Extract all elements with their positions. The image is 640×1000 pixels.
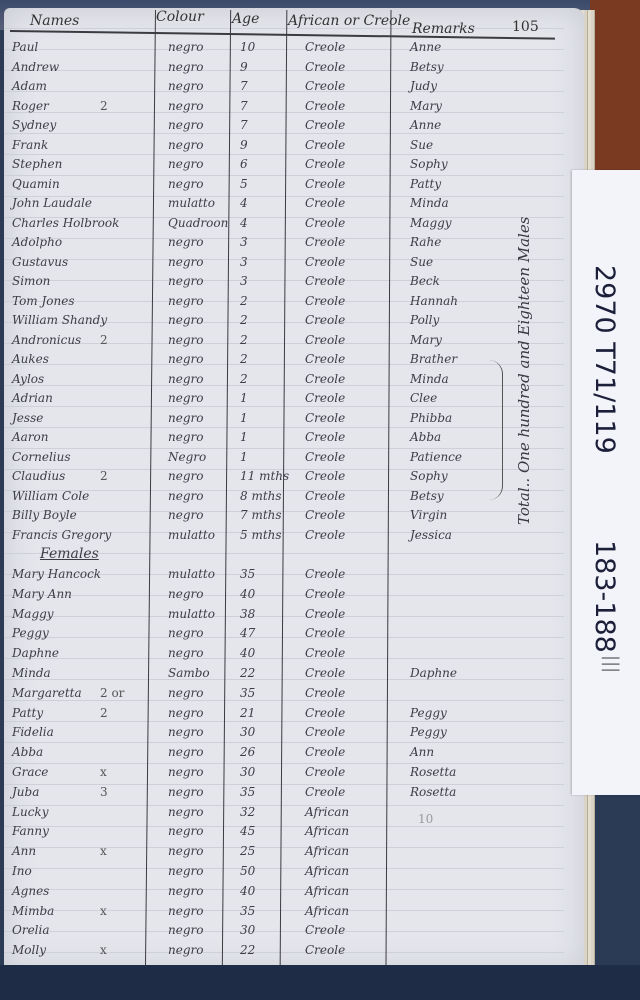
row-name: Ino — [12, 864, 32, 878]
row-age: 1 — [240, 450, 248, 464]
row-colour: negro — [168, 725, 203, 739]
row-colour: negro — [168, 313, 203, 327]
row-origin: Creole — [305, 450, 345, 464]
archive-reference: 2970 T71/119 — [589, 265, 620, 454]
tally-mark: ||| — [601, 655, 622, 673]
row-mark: 2 — [100, 706, 108, 720]
row-colour: negro — [168, 430, 203, 444]
row-colour: mulatto — [168, 567, 215, 581]
row-name: William Shandy — [12, 313, 107, 327]
row-name: Stephen — [12, 157, 62, 171]
row-origin: Creole — [305, 391, 345, 405]
row-remarks: Rahe — [410, 235, 441, 249]
row-colour: mulatto — [168, 607, 215, 621]
row-remarks: Betsy — [410, 489, 444, 503]
row-origin: Creole — [305, 489, 345, 503]
book-binding — [590, 0, 640, 180]
row-origin: African — [305, 844, 349, 858]
row-origin: Creole — [305, 607, 345, 621]
total-note: Total.. One hundred and Eighteen Males — [515, 217, 533, 525]
row-origin: Creole — [305, 372, 345, 386]
row-colour: negro — [168, 333, 203, 347]
row-remarks: Clee — [410, 391, 437, 405]
row-origin: Creole — [305, 60, 345, 74]
row-colour: negro — [168, 785, 203, 799]
row-origin: Creole — [305, 587, 345, 601]
row-colour: Sambo — [168, 666, 210, 680]
row-name: Daphne — [12, 646, 59, 660]
row-remarks: Beck — [410, 274, 440, 288]
row-colour: negro — [168, 508, 203, 522]
row-remarks: Judy — [410, 79, 437, 93]
row-age: 4 — [240, 216, 248, 230]
row-colour: negro — [168, 235, 203, 249]
row-colour: negro — [168, 99, 203, 113]
row-remarks: Betsy — [410, 60, 444, 74]
row-name: Charles Holbrook — [12, 216, 119, 230]
row-age: 2 — [240, 333, 248, 347]
row-origin: African — [305, 864, 349, 878]
row-origin: Creole — [305, 626, 345, 640]
row-colour: Quadroon — [168, 216, 228, 230]
row-age: 40 — [240, 646, 255, 660]
row-colour: negro — [168, 352, 203, 366]
row-name: Claudius — [12, 469, 65, 483]
row-origin: Creole — [305, 666, 345, 680]
row-remarks: Anne — [410, 40, 441, 54]
row-age: 47 — [240, 626, 255, 640]
row-origin: Creole — [305, 255, 345, 269]
row-age: 1 — [240, 430, 248, 444]
row-age: 30 — [240, 923, 255, 937]
row-colour: negro — [168, 274, 203, 288]
row-age: 22 — [240, 666, 255, 680]
row-colour: negro — [168, 745, 203, 759]
row-name: Roger — [12, 99, 49, 113]
row-name: Minda — [12, 666, 51, 680]
row-remarks: Patience — [410, 450, 462, 464]
row-name: Gustavus — [12, 255, 68, 269]
row-age: 40 — [240, 884, 255, 898]
row-age: 21 — [240, 706, 255, 720]
archive-label: 2970 T71/119 183-188 ||| — [572, 170, 640, 795]
row-colour: negro — [168, 79, 203, 93]
row-colour: negro — [168, 587, 203, 601]
row-age: 7 — [240, 118, 248, 132]
row-age: 10 — [240, 40, 255, 54]
row-origin: Creole — [305, 40, 345, 54]
row-name: Aylos — [12, 372, 44, 386]
row-name: Orelia — [12, 923, 50, 937]
row-remarks: Sophy — [410, 469, 448, 483]
row-origin: Creole — [305, 765, 345, 779]
row-colour: negro — [168, 372, 203, 386]
row-colour: negro — [168, 923, 203, 937]
row-mark: 2 or — [100, 686, 124, 700]
row-name: Cornelius — [12, 450, 71, 464]
row-colour: mulatto — [168, 528, 215, 542]
row-colour: negro — [168, 626, 203, 640]
row-name: Grace — [12, 765, 48, 779]
row-colour: negro — [168, 157, 203, 171]
row-remarks: Patty — [410, 177, 441, 191]
row-age: 3 — [240, 235, 248, 249]
row-name: Aaron — [12, 430, 49, 444]
row-remarks: Minda — [410, 196, 449, 210]
row-age: 35 — [240, 567, 255, 581]
row-name: Peggy — [12, 626, 49, 640]
row-name: Paul — [12, 40, 38, 54]
row-name: Mary Ann — [12, 587, 72, 601]
row-age: 30 — [240, 765, 255, 779]
row-remarks: Mary — [410, 333, 442, 347]
row-name: Quamin — [12, 177, 60, 191]
row-remarks: Virgin — [410, 508, 447, 522]
row-colour: negro — [168, 40, 203, 54]
row-origin: African — [305, 904, 349, 918]
archive-range: 183-188 — [589, 540, 620, 653]
row-name: Juba — [12, 785, 39, 799]
row-origin: Creole — [305, 99, 345, 113]
row-mark: x — [100, 943, 107, 957]
row-remarks: Hannah — [410, 294, 458, 308]
background-bottom — [0, 965, 640, 1000]
row-origin: Creole — [305, 118, 345, 132]
row-age: 32 — [240, 805, 255, 819]
row-age: 5 — [240, 177, 248, 191]
row-origin: Creole — [305, 157, 345, 171]
row-origin: Creole — [305, 79, 345, 93]
row-origin: Creole — [305, 785, 345, 799]
row-colour: negro — [168, 469, 203, 483]
row-name: Billy Boyle — [12, 508, 77, 522]
header-names: Names — [30, 14, 79, 28]
row-origin: Creole — [305, 567, 345, 581]
row-name: John Laudale — [12, 196, 92, 210]
row-name: Molly — [12, 943, 46, 957]
row-remarks: Sue — [410, 255, 433, 269]
row-origin: Creole — [305, 333, 345, 347]
row-remarks: Sue — [410, 138, 433, 152]
row-age: 11 mths — [240, 469, 289, 483]
row-origin: Creole — [305, 177, 345, 191]
row-mark: 2 — [100, 469, 108, 483]
row-name: Ann — [12, 844, 36, 858]
row-age: 22 — [240, 943, 255, 957]
row-origin: Creole — [305, 352, 345, 366]
row-name: Maggy — [12, 607, 54, 621]
row-age: 3 — [240, 274, 248, 288]
row-origin: Creole — [305, 411, 345, 425]
row-age: 4 — [240, 196, 248, 210]
row-remarks: Peggy — [410, 725, 447, 739]
row-name: Margaretta — [12, 686, 82, 700]
row-name: Lucky — [12, 805, 48, 819]
row-origin: Creole — [305, 469, 345, 483]
row-remarks: Peggy — [410, 706, 447, 720]
row-age: 8 mths — [240, 489, 282, 503]
row-age: 9 — [240, 60, 248, 74]
row-origin: Creole — [305, 528, 345, 542]
row-colour: negro — [168, 489, 203, 503]
row-origin: Creole — [305, 923, 345, 937]
row-name: William Cole — [12, 489, 89, 503]
row-name: Fidelia — [12, 725, 54, 739]
row-name: Frank — [12, 138, 48, 152]
row-name: Andrew — [12, 60, 59, 74]
row-age: 7 — [240, 99, 248, 113]
row-age: 1 — [240, 411, 248, 425]
row-colour: negro — [168, 686, 203, 700]
row-age: 9 — [240, 138, 248, 152]
row-colour: Negro — [168, 450, 206, 464]
row-origin: Creole — [305, 725, 345, 739]
row-remarks: Daphne — [410, 666, 457, 680]
row-name: Adam — [12, 79, 47, 93]
row-origin: African — [305, 884, 349, 898]
row-colour: negro — [168, 177, 203, 191]
row-colour: negro — [168, 844, 203, 858]
row-origin: Creole — [305, 943, 345, 957]
row-age: 2 — [240, 352, 248, 366]
header-origin: African or Creole — [288, 14, 410, 28]
row-age: 7 mths — [240, 508, 282, 522]
row-remarks: Polly — [410, 313, 439, 327]
row-colour: negro — [168, 138, 203, 152]
row-colour: mulatto — [168, 196, 215, 210]
row-colour: negro — [168, 805, 203, 819]
row-name: Mary Hancock — [12, 567, 101, 581]
row-remarks: Rosetta — [410, 785, 456, 799]
row-mark: x — [100, 765, 107, 779]
row-name: Tom Jones — [12, 294, 75, 308]
header-colour: Colour — [156, 10, 204, 24]
row-colour: negro — [168, 864, 203, 878]
row-name: Francis Gregory — [12, 528, 111, 542]
row-origin: Creole — [305, 138, 345, 152]
row-origin: Creole — [305, 196, 345, 210]
header-age: Age — [232, 12, 259, 26]
row-colour: negro — [168, 824, 203, 838]
row-name: Abba — [12, 745, 43, 759]
row-origin: Creole — [305, 686, 345, 700]
row-remarks: Anne — [410, 118, 441, 132]
row-colour: negro — [168, 60, 203, 74]
row-origin: Creole — [305, 235, 345, 249]
row-name: Patty — [12, 706, 43, 720]
row-remarks: Sophy — [410, 157, 448, 171]
row-age: 26 — [240, 745, 255, 759]
row-colour: negro — [168, 904, 203, 918]
row-age: 35 — [240, 904, 255, 918]
row-remarks: Phibba — [410, 411, 452, 425]
row-origin: Creole — [305, 646, 345, 660]
row-mark: 3 — [100, 785, 108, 799]
row-remarks: Maggy — [410, 216, 452, 230]
row-age: 3 — [240, 255, 248, 269]
row-age: 1 — [240, 391, 248, 405]
row-remarks: Abba — [410, 430, 441, 444]
row-mark: 2 — [100, 99, 108, 113]
header-remarks: Remarks — [412, 22, 475, 36]
row-origin: Creole — [305, 274, 345, 288]
row-age: 30 — [240, 725, 255, 739]
row-colour: negro — [168, 411, 203, 425]
row-origin: Creole — [305, 745, 345, 759]
females-heading: Females — [40, 547, 99, 561]
row-name: Sydney — [12, 118, 56, 132]
row-remarks: Mary — [410, 99, 442, 113]
row-age: 2 — [240, 372, 248, 386]
row-age: 7 — [240, 79, 248, 93]
bracket — [488, 360, 503, 500]
row-colour: negro — [168, 765, 203, 779]
row-name: Adolpho — [12, 235, 62, 249]
row-age: 45 — [240, 824, 255, 838]
row-name: Agnes — [12, 884, 49, 898]
row-origin: African — [305, 824, 349, 838]
row-age: 2 — [240, 294, 248, 308]
row-name: Jesse — [12, 411, 43, 425]
row-colour: negro — [168, 255, 203, 269]
row-colour: negro — [168, 118, 203, 132]
row-age: 25 — [240, 844, 255, 858]
row-age: 2 — [240, 313, 248, 327]
row-origin: Creole — [305, 216, 345, 230]
row-remarks: Jessica — [410, 528, 452, 542]
row-name: Mimba — [12, 904, 54, 918]
row-origin: Creole — [305, 508, 345, 522]
pencil-note: 10 — [418, 812, 433, 826]
row-origin: Creole — [305, 430, 345, 444]
row-origin: Creole — [305, 313, 345, 327]
side-note: Total.. One hundred and Eighteen Males — [510, 95, 540, 535]
row-origin: African — [305, 805, 349, 819]
row-age: 38 — [240, 607, 255, 621]
row-colour: negro — [168, 884, 203, 898]
row-age: 35 — [240, 686, 255, 700]
row-origin: Creole — [305, 706, 345, 720]
row-remarks: Ann — [410, 745, 434, 759]
row-age: 50 — [240, 864, 255, 878]
row-name: Adrian — [12, 391, 53, 405]
row-colour: negro — [168, 646, 203, 660]
row-name: Aukes — [12, 352, 49, 366]
row-age: 40 — [240, 587, 255, 601]
page-number: 105 — [512, 20, 539, 34]
row-name: Simon — [12, 274, 50, 288]
row-age: 5 mths — [240, 528, 282, 542]
row-name: Fanny — [12, 824, 49, 838]
row-mark: x — [100, 844, 107, 858]
row-colour: negro — [168, 943, 203, 957]
row-remarks: Rosetta — [410, 765, 456, 779]
row-remarks: Brather — [410, 352, 457, 366]
row-age: 35 — [240, 785, 255, 799]
row-age: 6 — [240, 157, 248, 171]
row-mark: 2 — [100, 333, 108, 347]
row-colour: negro — [168, 294, 203, 308]
row-colour: negro — [168, 706, 203, 720]
row-remarks: Minda — [410, 372, 449, 386]
row-name: Andronicus — [12, 333, 81, 347]
row-colour: negro — [168, 391, 203, 405]
row-mark: x — [100, 904, 107, 918]
row-origin: Creole — [305, 294, 345, 308]
